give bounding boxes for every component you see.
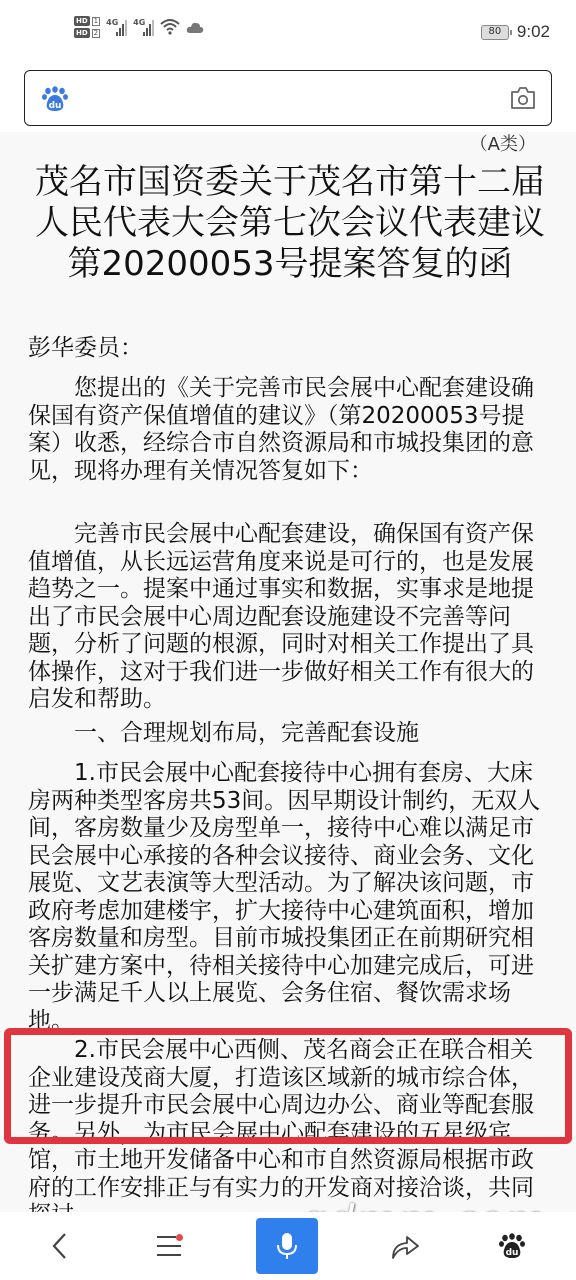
sim1-indicator: HD 1	[74, 16, 100, 26]
hd-badge: HD	[74, 16, 90, 26]
baidu-paw-icon: du	[498, 1233, 526, 1259]
back-button[interactable]	[30, 1212, 90, 1280]
camera-icon[interactable]	[509, 85, 537, 111]
notification-dot	[176, 1234, 183, 1241]
battery-level: 80	[489, 26, 502, 37]
baidu-paw-icon[interactable]: du	[41, 86, 69, 112]
battery-icon: 80	[481, 25, 509, 40]
status-bar: HD 1 HD 2 4G 4G	[0, 0, 576, 62]
document-title: 茂名市国资委关于茂名市第十二届人民代表大会第七次会议代表建议第20200053号…	[28, 162, 552, 285]
paragraph: 您提出的《关于完善市民会展中心配套建设确保国有资产保值增值的建议》（第20200…	[28, 375, 548, 485]
list-item: 1.市民会展中心配套接待中心拥有套房、大床房两种类型客房共53间。因早期设计制约…	[28, 760, 548, 1035]
search-input[interactable]: du	[24, 70, 552, 126]
microphone-icon	[276, 1231, 298, 1261]
signal-icon: 4G	[106, 18, 127, 36]
chevron-left-icon	[50, 1231, 70, 1261]
network-type: 4G	[106, 18, 118, 27]
hd-badge: HD	[74, 28, 90, 38]
section-heading: 一、合理规划布局，完善配套设施	[28, 720, 548, 748]
clock: 9:02	[517, 22, 550, 42]
status-left-icons: HD 1 HD 2 4G 4G	[74, 16, 204, 38]
wifi-icon	[160, 18, 180, 36]
baidu-home-button[interactable]: du	[482, 1212, 542, 1280]
share-button[interactable]	[370, 1212, 440, 1280]
network-type: 4G	[133, 18, 145, 27]
document-view[interactable]: （A类） 茂名市国资委关于茂名市第十二届人民代表大会第七次会议代表建议第2020…	[0, 132, 576, 1212]
voice-search-button[interactable]	[256, 1218, 318, 1274]
status-right: 80 9:02	[481, 22, 550, 42]
cloud-icon	[186, 20, 204, 34]
list-item: 2.市民会展中心西侧、茂名商会正在联合相关企业建设茂商大厦，打造该区域新的城市综…	[28, 1037, 548, 1212]
menu-button[interactable]	[134, 1212, 204, 1280]
paragraph: 完善市民会展中心配套建设，确保国有资产保值增值，从长远运营角度来说是可行的，也是…	[28, 521, 548, 714]
document-category: （A类）	[470, 132, 536, 156]
sim-index: 1	[92, 17, 100, 26]
svg-text:du: du	[506, 1248, 519, 1258]
bottom-nav: du	[0, 1212, 576, 1280]
svg-text:du: du	[49, 101, 62, 111]
sim2-indicator: HD 2	[74, 28, 100, 38]
salutation: 彭华委员：	[28, 335, 548, 363]
sim-index: 2	[92, 29, 100, 38]
signal-icon: 4G	[133, 18, 154, 36]
share-arrow-icon	[390, 1232, 420, 1260]
sim-indicators: HD 1 HD 2	[74, 16, 100, 38]
